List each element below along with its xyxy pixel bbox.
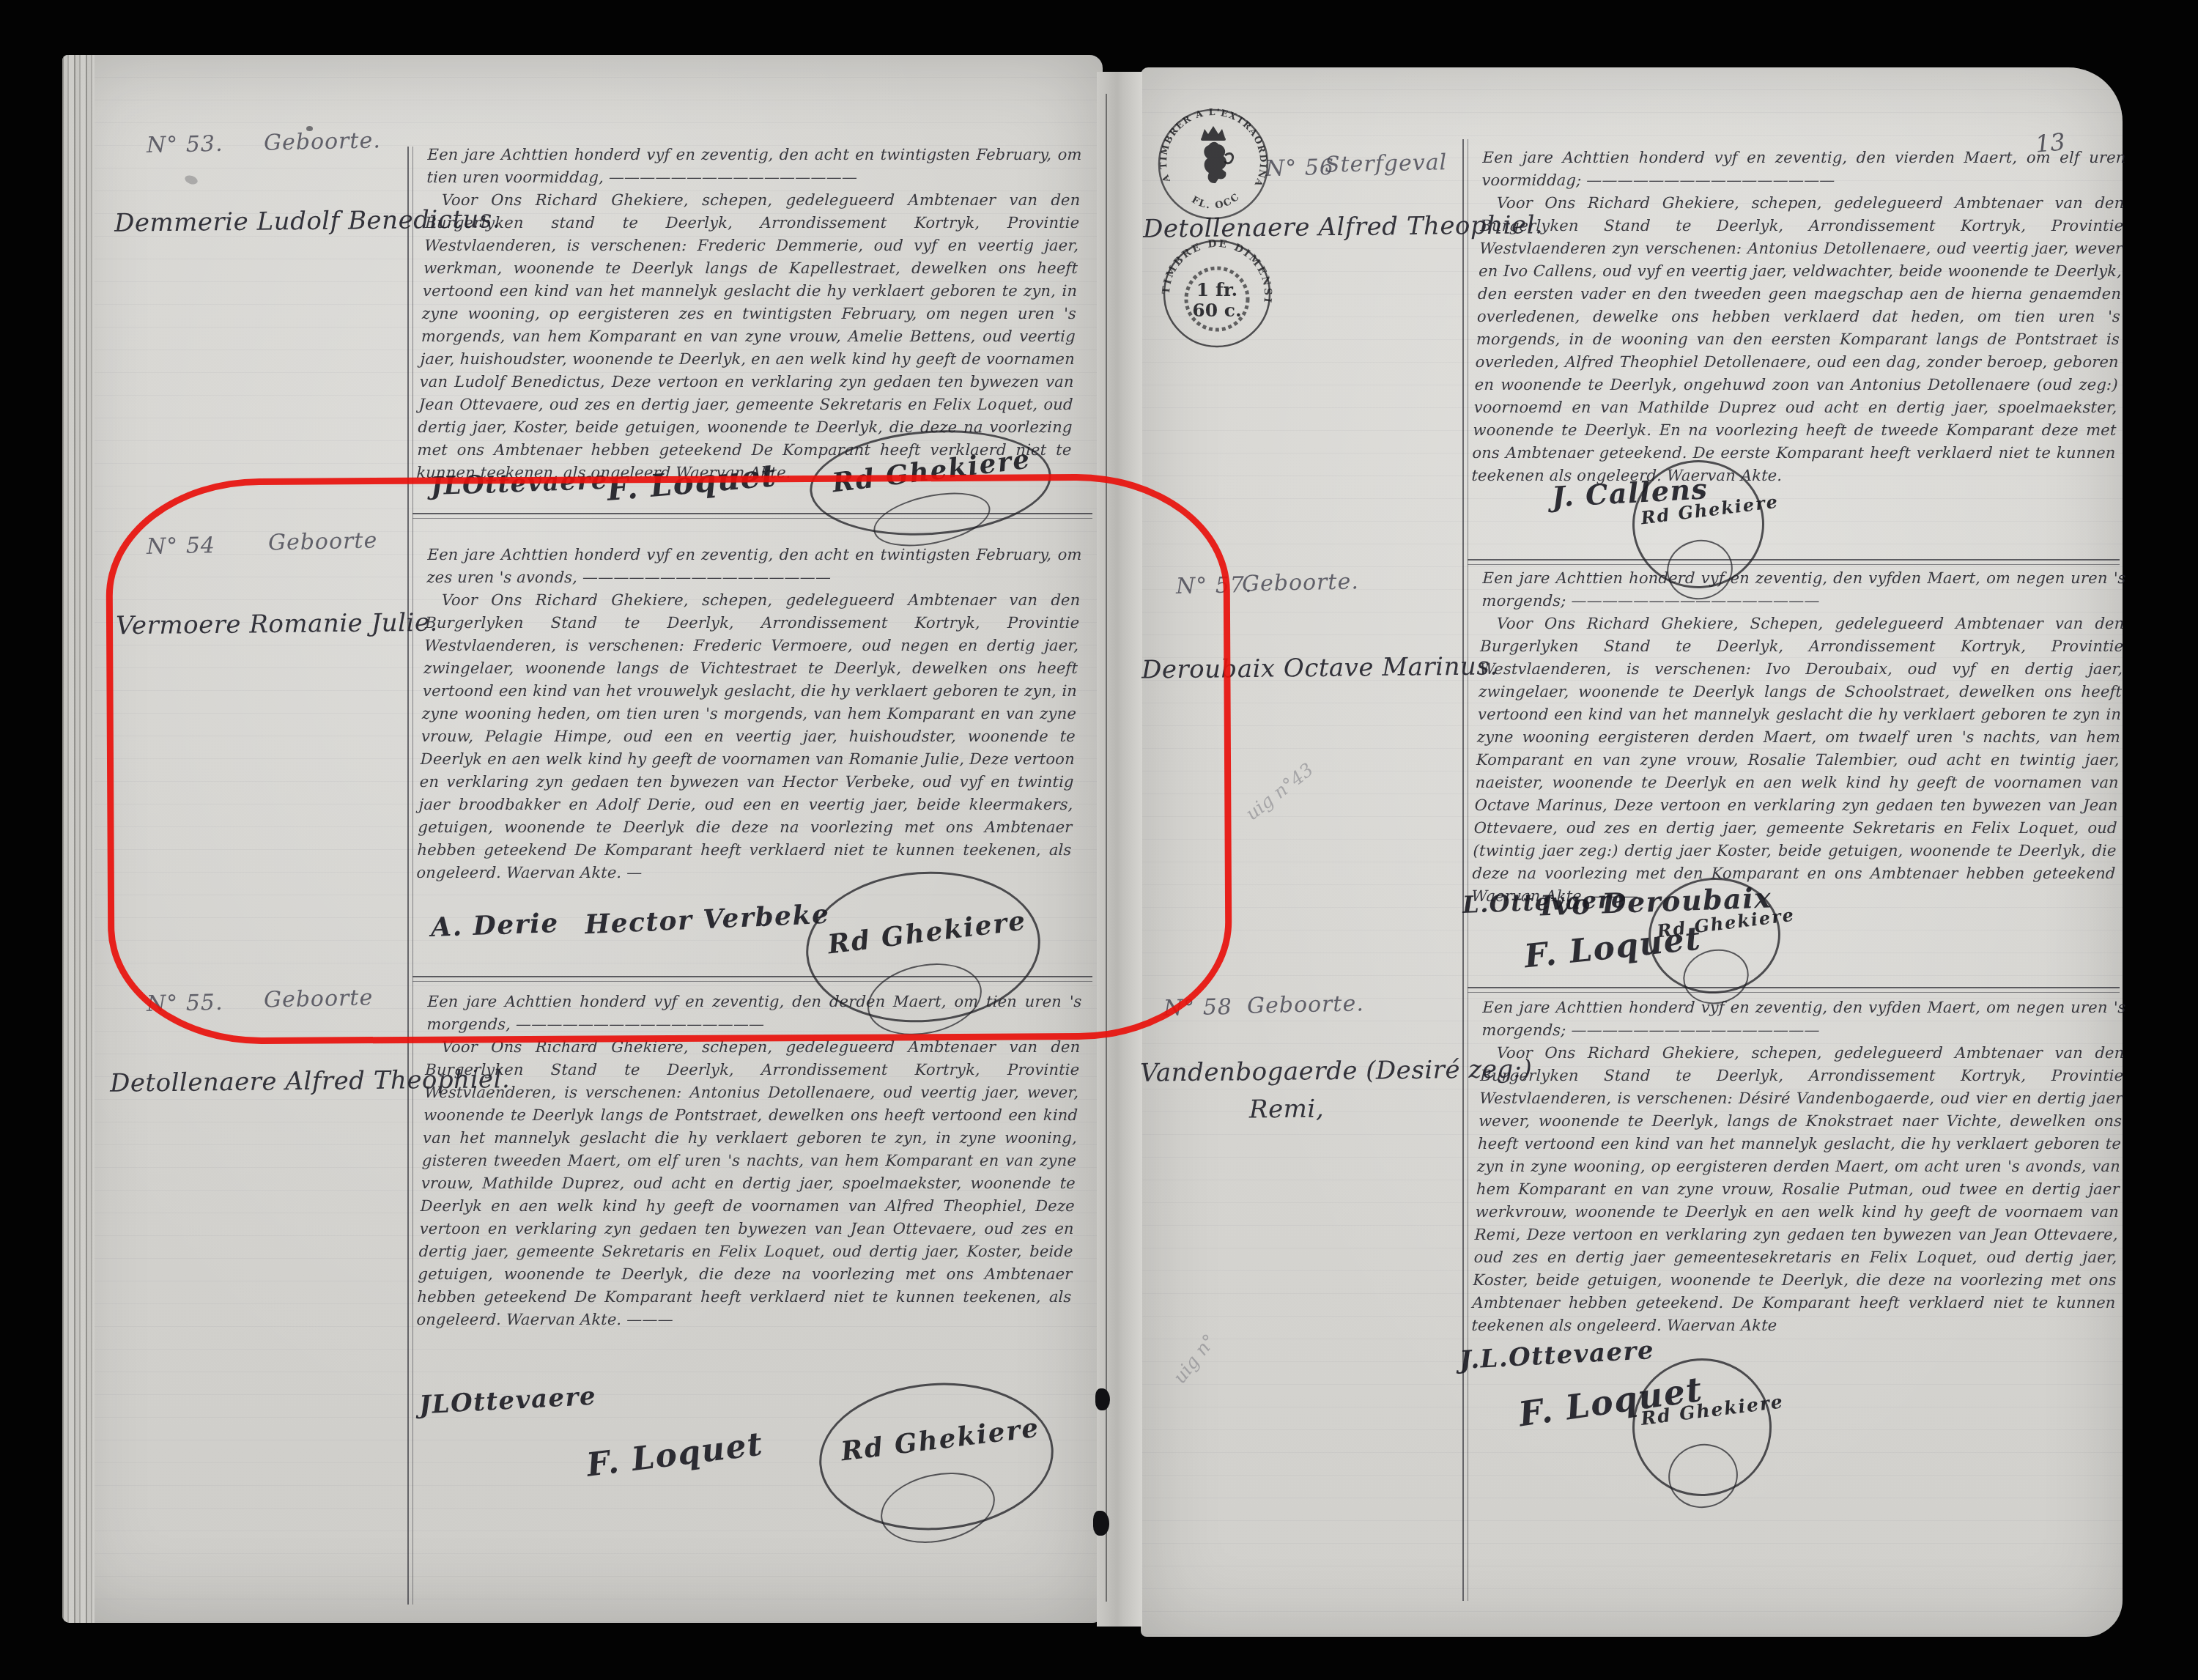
entry-number: N° 53. — [147, 131, 223, 158]
entry-person-name: Deroubaix Octave Marinus. — [1141, 651, 1498, 684]
binding-stitch — [1095, 1388, 1110, 1410]
entry-type: Geboorte — [268, 528, 378, 555]
entry-person-name: Vermoere Romanie Julie. — [116, 608, 438, 641]
entry-body: Een jare Achttien honderd vyf en zeventi… — [416, 544, 1082, 884]
signature-derie: A. Derie — [430, 908, 559, 943]
signature-ottevaere: JLOttevaere — [430, 466, 608, 501]
entry-type: Geboorte. — [1242, 569, 1359, 596]
ghekiere-signature: Rd Ghekiere — [819, 1383, 1054, 1530]
entry-body: Een jare Achttien honderd vyf en zeventi… — [1471, 147, 2126, 487]
entry-number: N° 58 — [1163, 994, 1233, 1021]
ghekiere-signature: Rd Ghekiere — [810, 431, 1051, 535]
crowned-lion-emblem — [1201, 126, 1233, 183]
entry-body: Een jare Achttien honderd vyf en zeventi… — [416, 991, 1082, 1331]
left-margin-rule — [407, 147, 413, 1605]
ghekiere-signature: Rd Ghekiere — [806, 872, 1040, 1022]
entry-body: Een jare Achttien honderd vyf en zeventi… — [1471, 996, 2126, 1337]
entry-body: Een jare Achttien honderd vyf en zeventi… — [1471, 567, 2126, 908]
entry-separator — [1468, 987, 2120, 993]
extraordinary-tax-stamp: A TIMBRER A L'EXTRAORDINAIRE FL. OCCID — [1155, 104, 1272, 224]
entry-person-name: Vandenbogaerde (Desiré zeg:) — [1140, 1054, 1533, 1088]
entry-type: Geboorte. — [264, 127, 381, 155]
ghekiere-signature: Rd Ghekiere — [1632, 460, 1764, 588]
entry-number: N° 54 — [147, 533, 216, 560]
right-margin-rule — [1462, 139, 1468, 1601]
entry-separator — [1468, 559, 2120, 565]
entry-type: Geboorte. — [1247, 991, 1364, 1018]
entry-type: Geboorte — [264, 985, 374, 1013]
entry-person-name-line2: Remi, — [1249, 1094, 1325, 1124]
binding-stitch — [1093, 1511, 1109, 1536]
stamp-value: 60 c. — [1192, 300, 1241, 321]
stamp-value: 1 fr. — [1196, 279, 1237, 300]
binding-spine — [1106, 94, 1107, 1602]
ghekiere-signature: Rd Ghekiere — [1648, 878, 1780, 993]
dimension-stamp: TIMBRE DE DIMENSION. 1 fr. 60 c. — [1161, 236, 1273, 352]
entry-number: N° 55. — [147, 990, 223, 1017]
entry-type: Sterfgeval — [1325, 149, 1448, 177]
page-stack-edge — [62, 55, 95, 1623]
ghekiere-signature: Rd Ghekiere — [1632, 1358, 1772, 1496]
